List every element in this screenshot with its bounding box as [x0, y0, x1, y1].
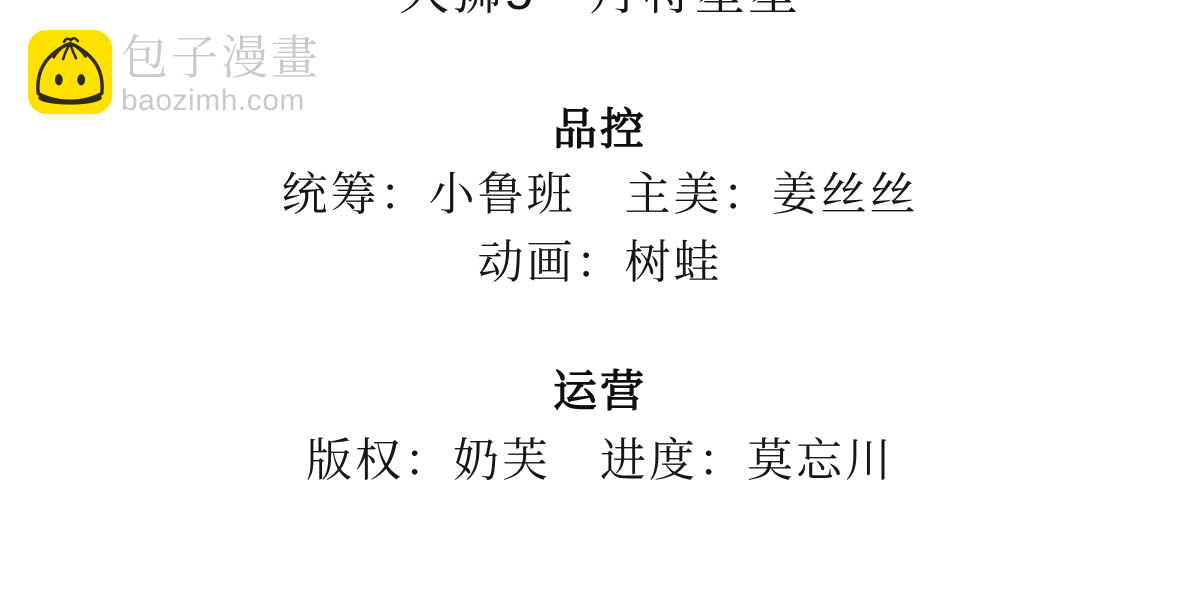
baozi-bun-icon [27, 29, 113, 115]
watermark-text: 包子漫畫 baozimh.com [121, 29, 321, 116]
credit-line-copyright-progress: 版权：奶芙 进度：莫忘川 [0, 434, 1200, 486]
top-title-partial: 大狮5 月将星星 [0, 0, 1200, 17]
credit-line-coordinator-artdirector: 统筹：小鲁班 主美：姜丝丝 [0, 168, 1200, 220]
section-heading-quality-control: 品控 [0, 104, 1200, 156]
credits-page: 大狮5 月将星星 包子漫畫 baozimh.com 品控 统筹：小鲁班 主美：姜… [0, 0, 1200, 591]
section-heading-operations: 运营 [0, 366, 1200, 418]
baozimh-watermark: 包子漫畫 baozimh.com [27, 29, 321, 116]
brand-name: 包子漫畫 [121, 32, 321, 84]
credit-line-animation: 动画：树蛙 [0, 236, 1200, 288]
